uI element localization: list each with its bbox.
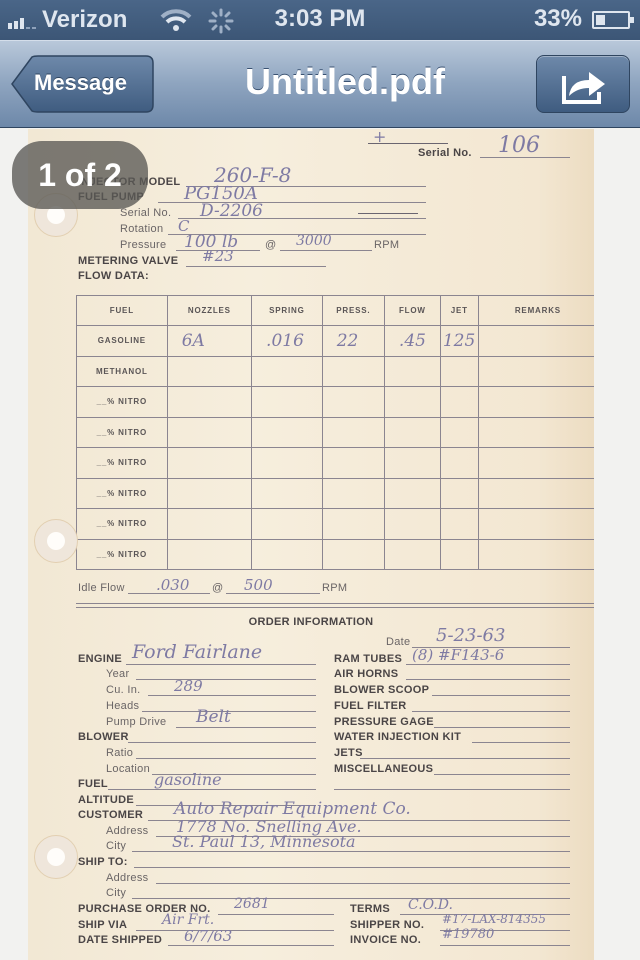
cu-in-value: 289 bbox=[174, 677, 203, 695]
rotation-label: Rotation bbox=[120, 223, 163, 235]
table-cell: 6A bbox=[167, 326, 251, 357]
invoice-no-label: INVOICE NO. bbox=[350, 934, 421, 946]
fuel-value: gasoline bbox=[154, 770, 222, 789]
table-row: __% NITRO bbox=[77, 478, 595, 509]
address-label: Address bbox=[106, 825, 148, 837]
table-row: __% NITRO bbox=[77, 387, 595, 418]
year-label: Year bbox=[106, 668, 129, 680]
ram-tubes-label: RAM TUBES bbox=[334, 653, 402, 665]
binder-hole bbox=[34, 835, 78, 879]
column-header: FUEL bbox=[77, 296, 168, 326]
table-row: __% NITRO bbox=[77, 417, 595, 448]
terms-label: TERMS bbox=[350, 903, 390, 915]
rpm-label: RPM bbox=[322, 582, 347, 594]
purchase-order-value: 2681 bbox=[234, 896, 270, 912]
invoice-no-value: #19780 bbox=[442, 927, 494, 942]
jets-label: JETS bbox=[334, 747, 363, 759]
altitude-label: ALTITUDE bbox=[78, 794, 134, 806]
rpm-label: RPM bbox=[374, 239, 399, 251]
binder-hole bbox=[34, 519, 78, 563]
table-cell: GASOLINE bbox=[77, 326, 168, 357]
at-symbol: @ bbox=[212, 582, 223, 594]
table-cell: __% NITRO bbox=[77, 478, 168, 509]
table-cell: 125 bbox=[440, 326, 478, 357]
idle-flow-label: Idle Flow bbox=[78, 582, 125, 594]
city-value: St. Paul 13, Minnesota bbox=[172, 832, 356, 851]
column-header: FLOW bbox=[384, 296, 440, 326]
table-row: __% NITRO bbox=[77, 539, 595, 570]
blower-scoop-label: BLOWER SCOOP bbox=[334, 684, 429, 696]
fuel-filter-label: FUEL FILTER bbox=[334, 700, 407, 712]
ratio-label: Ratio bbox=[106, 747, 133, 759]
heads-label: Heads bbox=[106, 700, 139, 712]
air-horns-label: AIR HORNS bbox=[334, 668, 398, 680]
table-row: __% NITRO bbox=[77, 448, 595, 479]
customer-label: CUSTOMER bbox=[78, 809, 143, 821]
flow-data-table: FUEL NOZZLES SPRING PRESS. FLOW JET REMA… bbox=[76, 295, 594, 570]
battery-icon bbox=[592, 11, 630, 29]
pressure-gage-label: PRESSURE GAGE bbox=[334, 716, 434, 728]
water-injection-label: WATER INJECTION KIT bbox=[334, 731, 461, 743]
share-button[interactable] bbox=[536, 55, 630, 113]
blower-label: BLOWER bbox=[78, 731, 129, 743]
terms-value: C.O.D. bbox=[408, 897, 453, 913]
serial-no-value: 106 bbox=[498, 133, 540, 158]
pump-drive-value: Belt bbox=[196, 707, 231, 727]
serial-no-label: Serial No. bbox=[418, 147, 472, 159]
date-shipped-value: 6/7/63 bbox=[184, 927, 232, 945]
table-cell: __% NITRO bbox=[77, 539, 168, 570]
ram-tubes-value: (8) #F143-6 bbox=[412, 646, 504, 664]
pressure-label: Pressure bbox=[120, 239, 166, 251]
table-cell: .45 bbox=[384, 326, 440, 357]
back-button[interactable]: Message bbox=[10, 55, 154, 113]
miscellaneous-label: MISCELLANEOUS bbox=[334, 763, 433, 775]
ship-address-label: Address bbox=[106, 872, 148, 884]
location-label: Location bbox=[106, 763, 150, 775]
idle-rpm-value: 500 bbox=[244, 576, 273, 594]
ship-city-label: City bbox=[106, 887, 126, 899]
column-header: NOZZLES bbox=[167, 296, 251, 326]
pdf-page: + Serial No. 106 INJECTOR MODEL 260-F-8 … bbox=[28, 129, 594, 960]
table-row: METHANOL bbox=[77, 356, 595, 387]
city-label: City bbox=[106, 840, 126, 852]
table-header-row: FUEL NOZZLES SPRING PRESS. FLOW JET REMA… bbox=[77, 296, 595, 326]
shipper-no-value: #17-LAX-814355 bbox=[442, 912, 546, 926]
order-info-title: ORDER INFORMATION bbox=[28, 616, 594, 628]
pdf-viewer[interactable]: + Serial No. 106 INJECTOR MODEL 260-F-8 … bbox=[0, 129, 640, 960]
fuel-label: FUEL bbox=[78, 778, 108, 790]
ship-via-label: SHIP VIA bbox=[78, 919, 127, 931]
ship-via-value: Air Frt. bbox=[162, 912, 214, 928]
shipper-no-label: SHIPPER NO. bbox=[350, 919, 424, 931]
date-label: Date bbox=[386, 636, 410, 648]
cu-in-label: Cu. In. bbox=[106, 684, 141, 696]
table-cell: 22 bbox=[322, 326, 384, 357]
flow-data-label: FLOW DATA: bbox=[78, 270, 149, 282]
table-cell: .016 bbox=[252, 326, 323, 357]
status-bar: Verizon 3:03 PM 33% bbox=[0, 0, 640, 40]
table-cell: __% NITRO bbox=[77, 387, 168, 418]
table-cell bbox=[478, 326, 594, 357]
back-button-label: Message bbox=[34, 70, 127, 96]
table-row: GASOLINE 6A .016 22 .45 125 bbox=[77, 326, 595, 357]
table-row: __% NITRO bbox=[77, 509, 595, 540]
engine-value: Ford Fairlane bbox=[132, 641, 262, 663]
pressure-rpm-value: 3000 bbox=[296, 233, 332, 249]
ship-to-label: SHIP TO: bbox=[78, 856, 128, 868]
metering-valve-value: #23 bbox=[202, 247, 234, 265]
column-header: PRESS. bbox=[322, 296, 384, 326]
customer-value: Auto Repair Equipment Co. bbox=[174, 799, 411, 819]
share-icon bbox=[561, 66, 607, 104]
date-value: 5-23-63 bbox=[436, 625, 505, 646]
table-cell: __% NITRO bbox=[77, 417, 168, 448]
column-header: JET bbox=[440, 296, 478, 326]
column-header: SPRING bbox=[252, 296, 323, 326]
table-cell: METHANOL bbox=[77, 356, 168, 387]
metering-valve-label: METERING VALVE bbox=[78, 255, 178, 267]
at-symbol: @ bbox=[265, 239, 276, 251]
navigation-bar: Message Untitled.pdf bbox=[0, 40, 640, 128]
battery-percent: 33% bbox=[534, 5, 582, 33]
date-shipped-label: DATE SHIPPED bbox=[78, 934, 162, 946]
pump-drive-label: Pump Drive bbox=[106, 716, 166, 728]
pump-serial-label: Serial No. bbox=[120, 207, 171, 219]
column-header: REMARKS bbox=[478, 296, 594, 326]
idle-flow-value: .030 bbox=[156, 576, 189, 594]
document-title: Untitled.pdf bbox=[160, 61, 530, 103]
engine-label: ENGINE bbox=[78, 653, 122, 665]
page-indicator: 1 of 2 bbox=[12, 141, 148, 209]
table-cell: __% NITRO bbox=[77, 448, 168, 479]
pump-serial-value: D-2206 bbox=[200, 201, 263, 221]
table-cell: __% NITRO bbox=[77, 509, 168, 540]
